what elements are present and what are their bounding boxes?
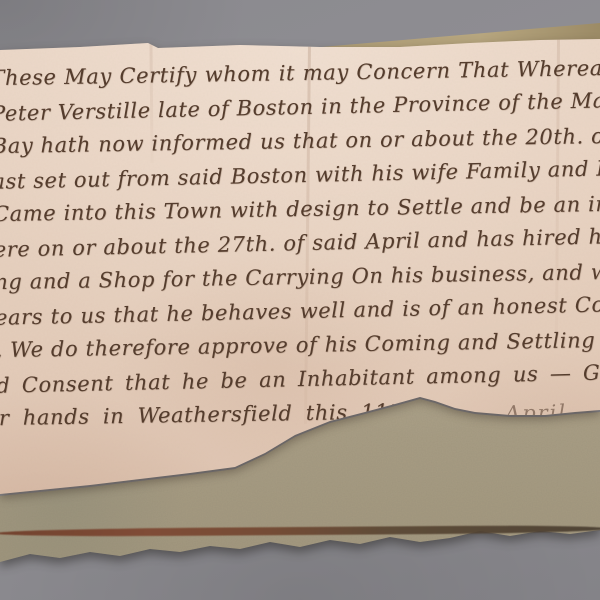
paper-sheet-wrap: These May Certify whom it may Concern Th… [0, 0, 600, 600]
paper-sheet: These May Certify whom it may Concern Th… [0, 0, 600, 600]
manuscript-photo: These May Certify whom it may Concern Th… [0, 0, 600, 600]
torn-text-fragment: April [505, 400, 568, 425]
handwritten-text: These May Certify whom it may Concern Th… [0, 50, 600, 436]
